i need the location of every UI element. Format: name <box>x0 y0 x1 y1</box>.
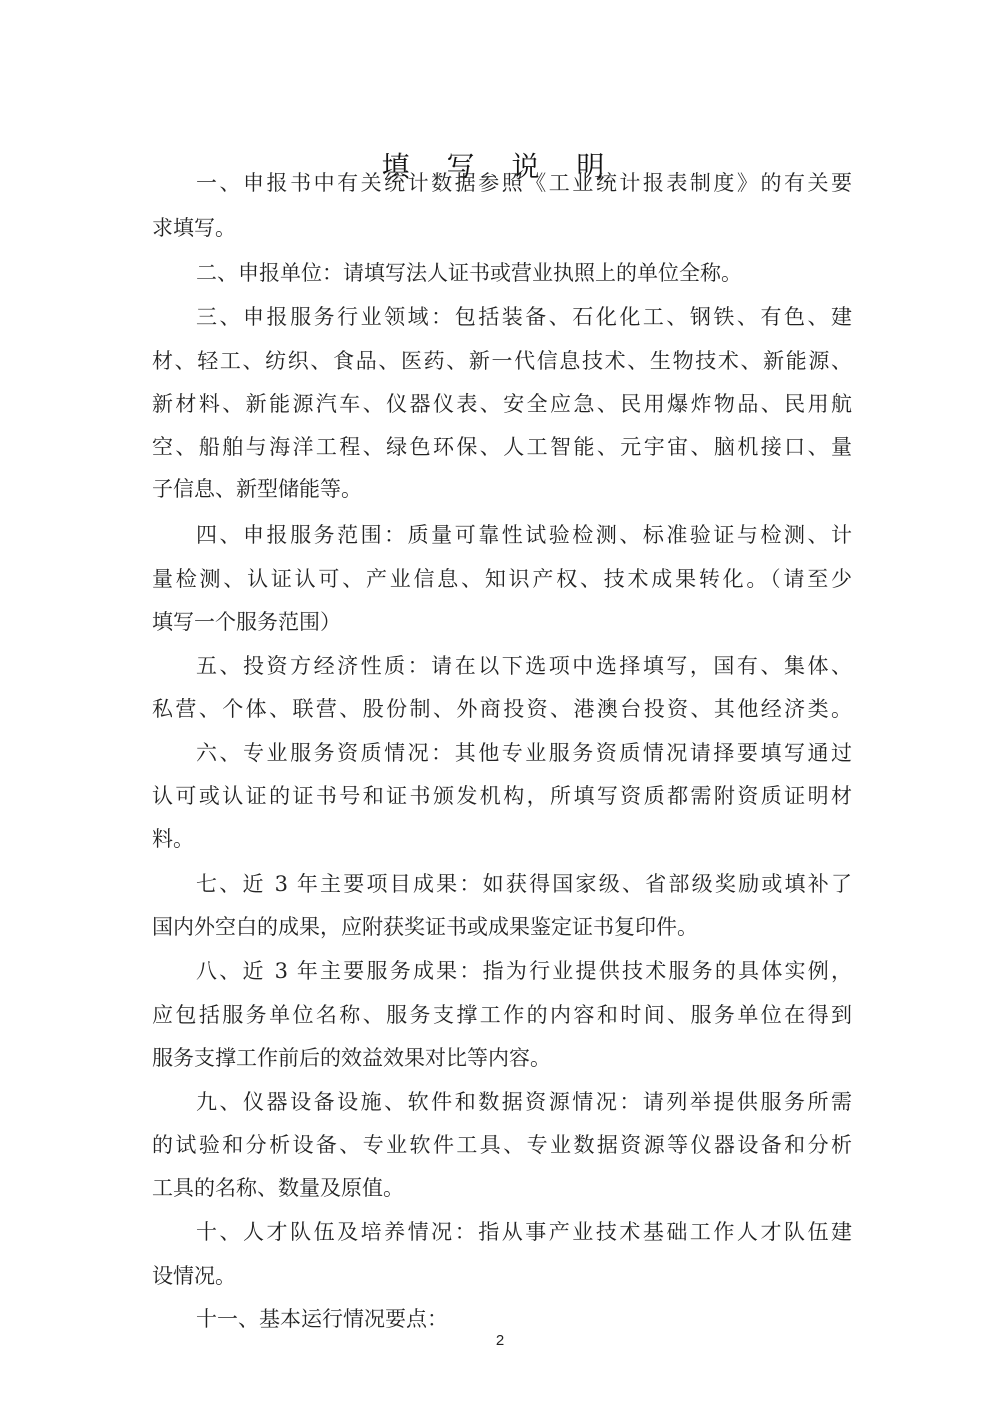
text-line: 的试验和分析设备、专业软件工具、专业数据资源等仪器设备和分析 <box>152 1130 852 1160</box>
text-line: 一、申报书中有关统计数据参照《工业统计报表制度》的有关要 <box>196 168 852 198</box>
text-line: 子信息、新型储能等。 <box>152 474 852 504</box>
text-line: 料。 <box>152 824 852 854</box>
text-line: 九、仪器设备设施、软件和数据资源情况：请列举提供服务所需 <box>196 1087 852 1117</box>
text-line: 国内外空白的成果，应附获奖证书或成果鉴定证书复印件。 <box>152 912 852 942</box>
text-line: 十、人才队伍及培养情况：指从事产业技术基础工作人才队伍建 <box>196 1217 852 1247</box>
text-line: 认可或认证的证书号和证书颁发机构，所填写资质都需附资质证明材 <box>152 781 852 811</box>
document-page: 填 写 说 明 一、申报书中有关统计数据参照《工业统计报表制度》的有关要求填写。… <box>0 0 1000 1414</box>
text-line: 六、专业服务资质情况：其他专业服务资质情况请择要填写通过 <box>196 738 852 768</box>
text-line: 设情况。 <box>152 1261 852 1291</box>
text-line: 新材料、新能源汽车、仪器仪表、安全应急、民用爆炸物品、民用航 <box>152 389 852 419</box>
text-line: 量检测、认证认可、产业信息、知识产权、技术成果转化。（请至少 <box>152 564 852 594</box>
text-line: 四、申报服务范围：质量可靠性试验检测、标准验证与检测、计 <box>196 520 852 550</box>
text-line: 五、投资方经济性质：请在以下选项中选择填写，国有、集体、 <box>196 651 852 681</box>
text-line: 十一、基本运行情况要点： <box>196 1304 852 1334</box>
text-line: 工具的名称、数量及原值。 <box>152 1173 852 1203</box>
text-line: 三、申报服务行业领域：包括装备、石化化工、钢铁、有色、建 <box>196 302 852 332</box>
text-line: 材、轻工、纺织、食品、医药、新一代信息技术、生物技术、新能源、 <box>152 346 852 376</box>
page-number: 2 <box>0 1332 1000 1349</box>
text-line: 应包括服务单位名称、服务支撑工作的内容和时间、服务单位在得到 <box>152 1000 852 1030</box>
text-line: 求填写。 <box>152 213 852 243</box>
text-line: 服务支撑工作前后的效益效果对比等内容。 <box>152 1043 852 1073</box>
text-line: 空、船舶与海洋工程、绿色环保、人工智能、元宇宙、脑机接口、量 <box>152 432 852 462</box>
text-line: 私营、个体、联营、股份制、外商投资、港澳台投资、其他经济类。 <box>152 694 852 724</box>
text-line: 填写一个服务范围） <box>152 607 852 637</box>
text-line: 八、近 3 年主要服务成果：指为行业提供技术服务的具体实例， <box>196 956 852 986</box>
text-line: 二、申报单位：请填写法人证书或营业执照上的单位全称。 <box>196 258 852 288</box>
text-line: 七、近 3 年主要项目成果：如获得国家级、省部级奖励或填补了 <box>196 869 852 899</box>
